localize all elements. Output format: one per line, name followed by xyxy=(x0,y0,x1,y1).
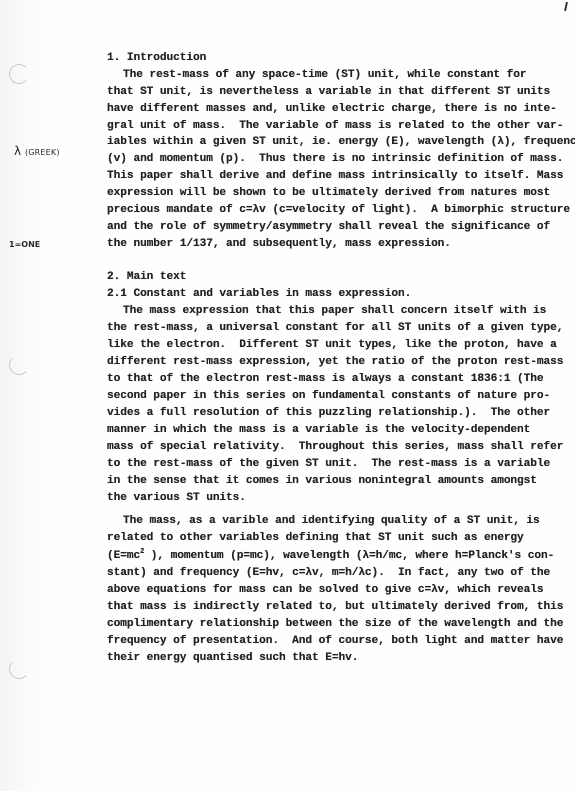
text-line: vides a full resolution of this puzzling… xyxy=(107,406,550,420)
typewritten-page: λ (GREEK) 1=ONE 1. Introduction The rest… xyxy=(0,0,575,791)
text-line: the number 1/137, and subsequently, mass… xyxy=(107,237,451,251)
text-line: in the sense that it comes in various no… xyxy=(107,474,537,488)
text-line: iables within a given ST unit, ie. energ… xyxy=(107,135,575,149)
text-line: expression will be shown to be ultimatel… xyxy=(107,186,550,200)
text-line: like the electron. Different ST unit typ… xyxy=(107,338,557,352)
subsection-heading: 2.1 Constant and variables in mass expre… xyxy=(107,287,411,301)
punch-hole-top xyxy=(9,64,29,84)
text-line: This paper shall derive and define mass … xyxy=(107,169,563,183)
text-line: above equations for mass can be solved t… xyxy=(107,583,544,597)
text-line: The mass, as a varible and identifying q… xyxy=(123,514,540,528)
text-line: precious mandate of c=λv (c=velocity of … xyxy=(107,203,570,217)
text-line: their energy quantised such that E=hv. xyxy=(107,651,358,665)
text-line: the various ST units. xyxy=(107,491,246,505)
punch-hole-middle xyxy=(9,355,29,375)
text-line: manner in which the mass is a variable i… xyxy=(107,423,530,437)
margin-note-one: 1=ONE xyxy=(9,240,40,249)
section-heading-main-text: 2. Main text xyxy=(107,270,186,284)
text-line: The rest-mass of any space-time (ST) uni… xyxy=(123,68,526,82)
corner-pen-mark xyxy=(564,2,568,11)
punch-hole-bottom xyxy=(9,659,29,679)
equation-continuation: ), momentum (p=mc), wavelength (λ=h/mc, … xyxy=(144,550,554,562)
energy-equation: (E=mc xyxy=(107,550,140,562)
text-line: mass of special relativity. Throughout t… xyxy=(107,440,563,454)
text-line: frequency of presentation. And of course… xyxy=(107,634,563,648)
lambda-note-label: (GREEK) xyxy=(25,148,60,157)
text-line-energy-equation: (E=mc2 ), momentum (p=mc), wavelength (λ… xyxy=(107,549,554,564)
text-line: and the role of symmetry/asymmetry shall… xyxy=(107,220,550,234)
text-line: The mass expression that this paper shal… xyxy=(123,304,546,318)
text-line: gral unit of mass. The variable of mass … xyxy=(107,119,563,133)
text-line: that mass is indirectly related to, but … xyxy=(107,600,563,614)
margin-note-lambda-greek: λ (GREEK) xyxy=(14,144,60,158)
text-line: have different masses and, unlike electr… xyxy=(107,102,557,116)
text-line: the rest-mass, a universal constant for … xyxy=(107,321,563,335)
text-line: complimentary relationship between the s… xyxy=(107,617,563,631)
text-line: different rest-mass expression, yet the … xyxy=(107,355,563,369)
text-line: related to other variables defining that… xyxy=(107,531,524,545)
lambda-symbol: λ xyxy=(14,144,21,158)
text-line: that ST unit, is nevertheless a variable… xyxy=(107,85,550,99)
superscript-two: 2 xyxy=(140,548,144,556)
text-line: to the rest-mass of the given ST unit. T… xyxy=(107,457,550,471)
text-line: to that of the electron rest-mass is alw… xyxy=(107,372,544,386)
section-heading-introduction: 1. Introduction xyxy=(107,51,206,65)
text-line: stant) and frequency (E=hv, c=λv, m=h/λc… xyxy=(107,566,550,580)
text-line: second paper in this series on fundament… xyxy=(107,389,550,403)
text-line: (v) and momentum (p). Thus there is no i… xyxy=(107,152,563,166)
